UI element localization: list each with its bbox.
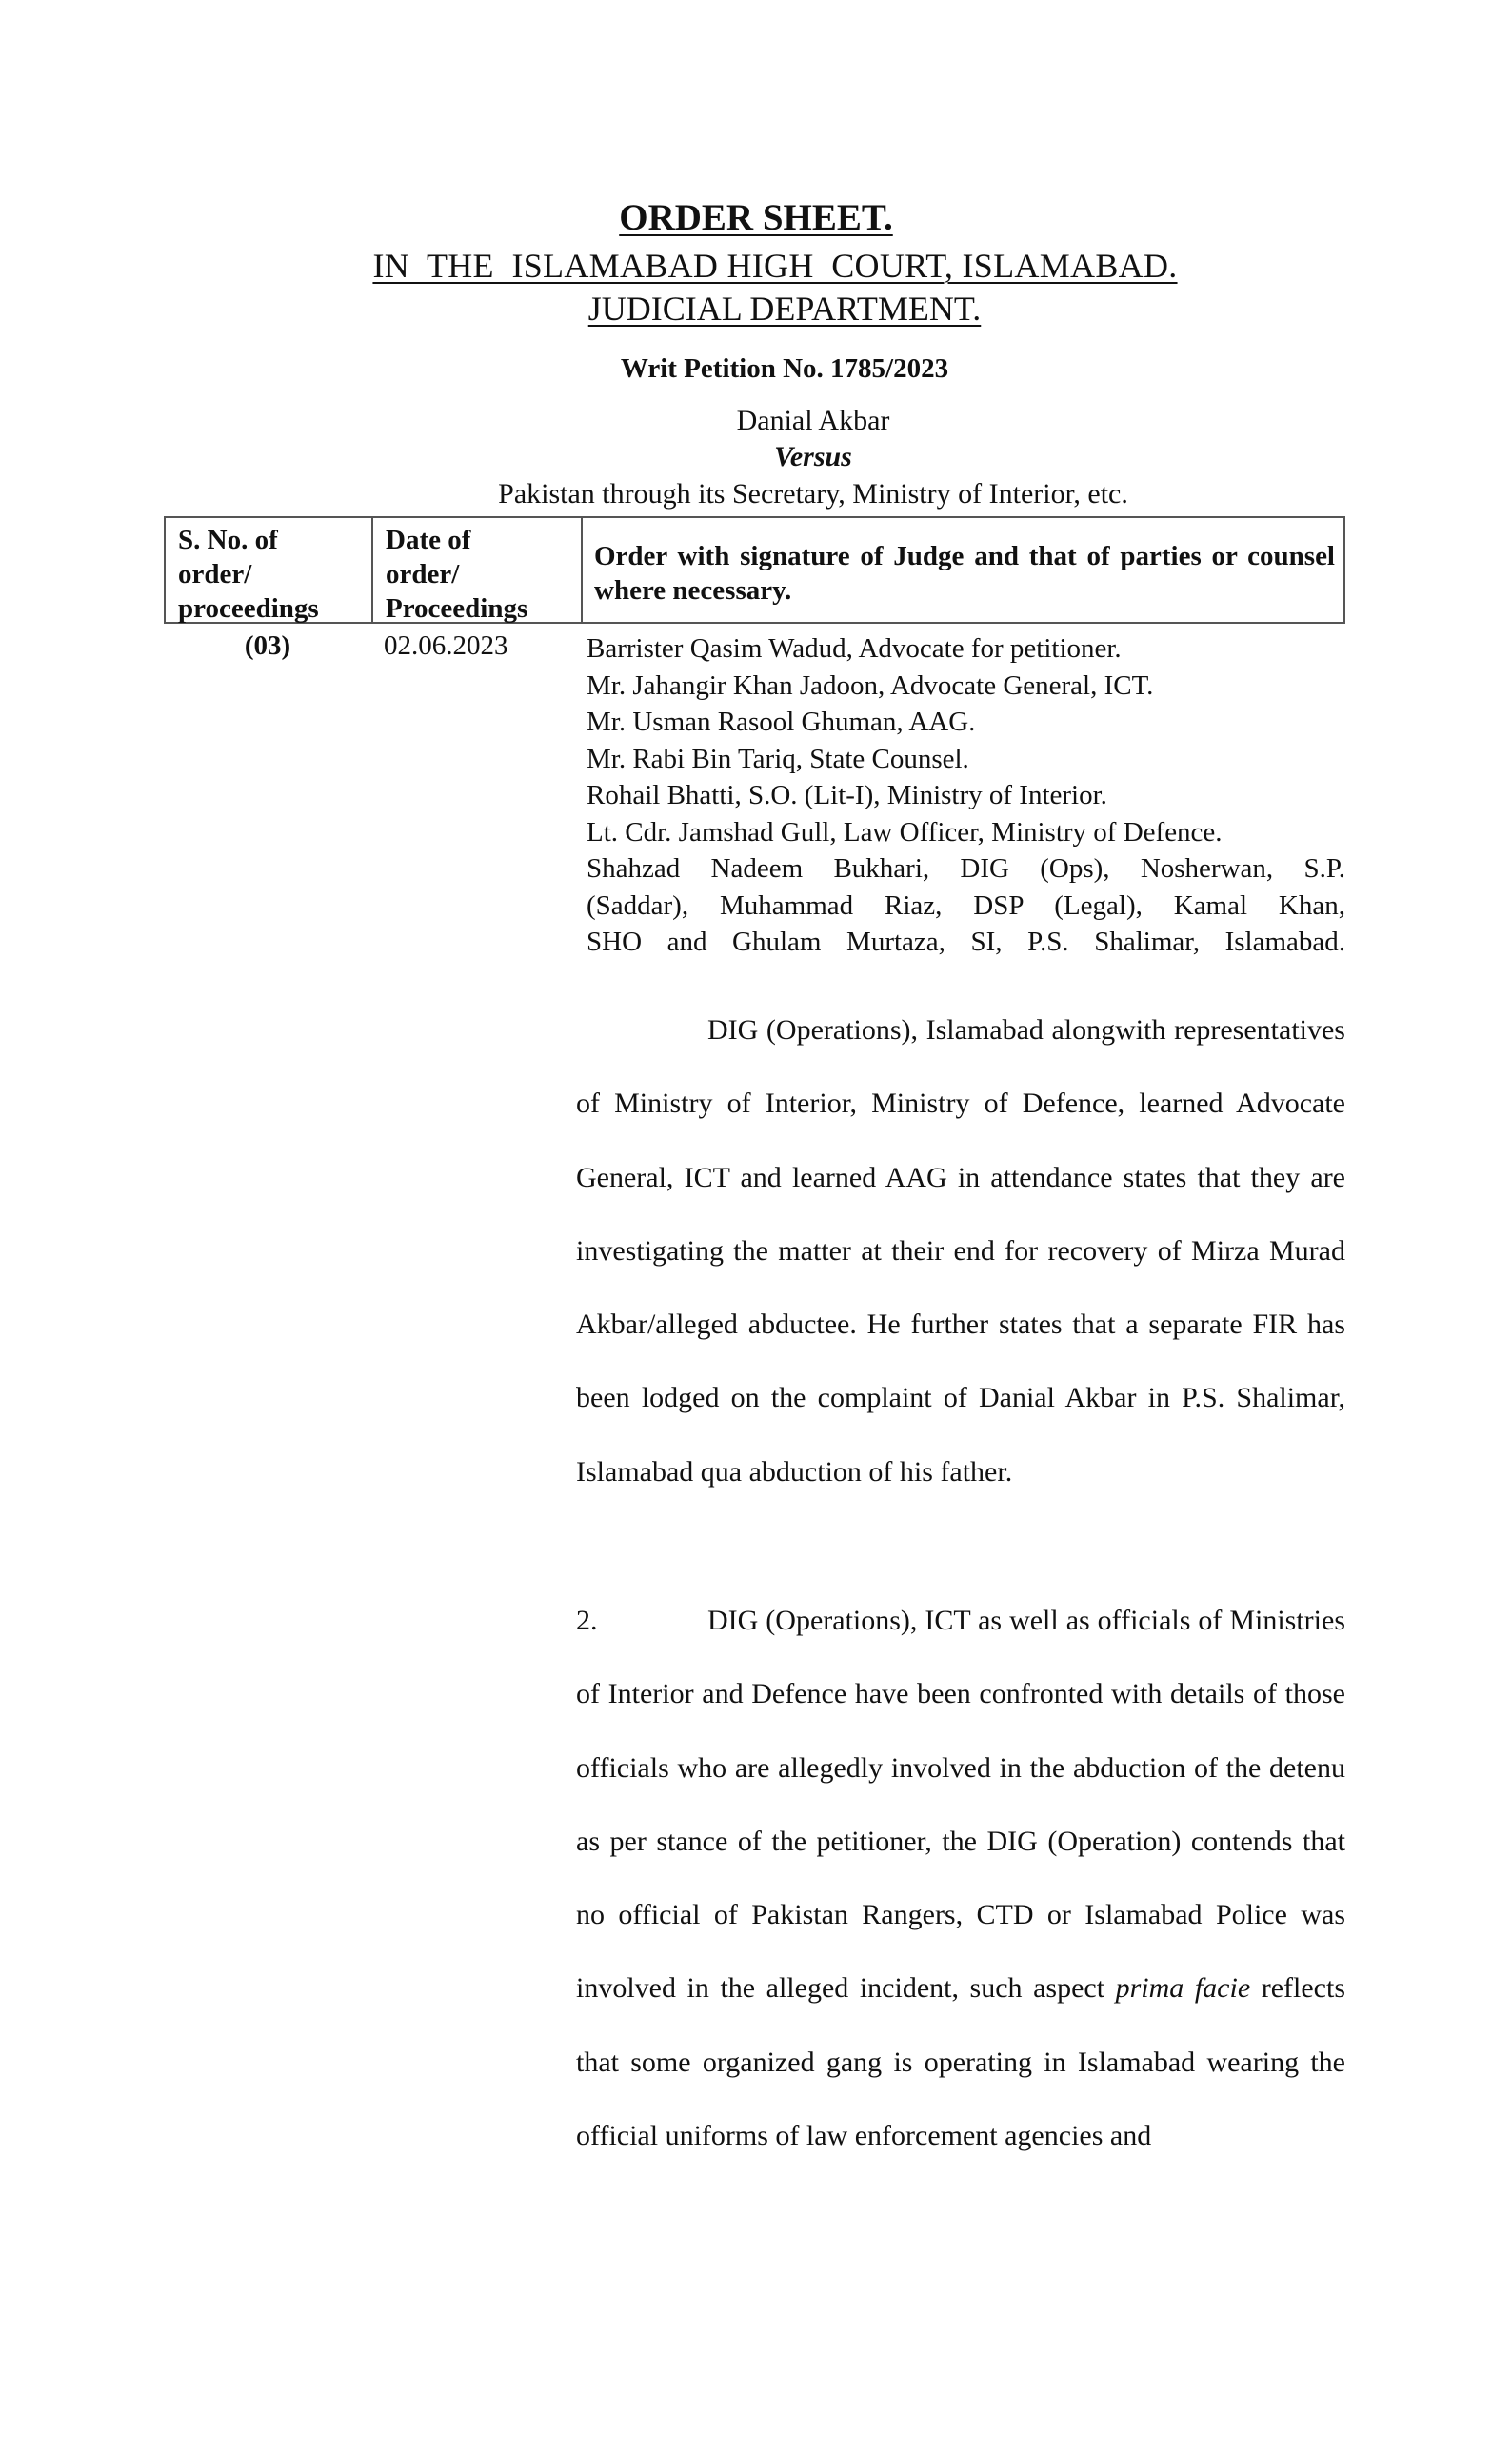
case-number: Writ Petition No. 1785/2023: [29, 353, 1512, 385]
header-date-line: order/: [386, 557, 581, 591]
department-name-text: JUDICIAL DEPARTMENT.: [588, 290, 982, 328]
latin-phrase: prima facie: [1116, 1972, 1251, 2004]
header-date-line: Date of: [386, 523, 581, 557]
petitioner-name: Danial Akbar: [57, 405, 1512, 437]
paragraph-number: 2.: [576, 1584, 707, 1657]
court-name: IN THE ISLAMABAD HIGH COURT, ISLAMABAD.: [19, 246, 1512, 286]
order-paragraph-2: 2.DIG (Operations), ICT as well as offic…: [576, 1584, 1345, 2172]
paragraph-1-text: DIG (Operations), Islamabad alongwith re…: [576, 993, 1345, 1509]
header-order: Order with signature of Judge and that o…: [583, 518, 1344, 622]
appearance-item: Mr. Jahangir Khan Jadoon, Advocate Gener…: [587, 668, 1348, 705]
order-table-header: S. No. of order/ proceedings Date of ord…: [164, 516, 1345, 624]
appearance-item: SHO and Ghulam Murtaza, SI, P.S. Shalima…: [587, 924, 1345, 961]
header-serial-number: S. No. of order/ proceedings: [166, 518, 373, 622]
appearance-item: (Saddar), Muhammad Riaz, DSP (Legal), Ka…: [587, 888, 1345, 925]
respondent-name: Pakistan through its Secretary, Ministry…: [57, 478, 1512, 510]
order-date: 02.06.2023: [384, 630, 508, 662]
versus-label: Versus: [57, 441, 1512, 473]
appearance-item: Rohail Bhatti, S.O. (Lit-I), Ministry of…: [587, 777, 1348, 814]
order-sheet-page: ORDER SHEET. IN THE ISLAMABAD HIGH COURT…: [0, 0, 1512, 2438]
order-serial-number: (03): [164, 630, 371, 662]
header-date: Date of order/ Proceedings: [373, 518, 583, 622]
paragraph-2-text: 2.DIG (Operations), ICT as well as offic…: [576, 1584, 1345, 2172]
appearance-item: Shahzad Nadeem Bukhari, DIG (Ops), Noshe…: [587, 850, 1345, 888]
header-serial-line: proceedings: [178, 591, 371, 626]
header-serial-line: S. No. of: [178, 523, 371, 557]
document-title-text: ORDER SHEET.: [619, 197, 893, 238]
header-date-line: Proceedings: [386, 591, 581, 626]
order-paragraph-1: DIG (Operations), Islamabad alongwith re…: [576, 993, 1345, 1509]
header-serial-line: order/: [178, 557, 371, 591]
department-name: JUDICIAL DEPARTMENT.: [29, 289, 1512, 329]
appearance-item: Lt. Cdr. Jamshad Gull, Law Officer, Mini…: [587, 814, 1348, 851]
document-title: ORDER SHEET.: [0, 196, 1512, 239]
paragraph-2-text-a: DIG (Operations), ICT as well as officia…: [576, 1605, 1345, 2004]
appearance-item: Mr. Rabi Bin Tariq, State Counsel.: [587, 741, 1348, 778]
court-name-text: IN THE ISLAMABAD HIGH COURT, ISLAMABAD.: [372, 247, 1177, 285]
appearance-item: Mr. Usman Rasool Ghuman, AAG.: [587, 704, 1348, 741]
appearance-item: Barrister Qasim Wadud, Advocate for peti…: [587, 630, 1348, 668]
appearances-list: Barrister Qasim Wadud, Advocate for peti…: [587, 630, 1348, 961]
